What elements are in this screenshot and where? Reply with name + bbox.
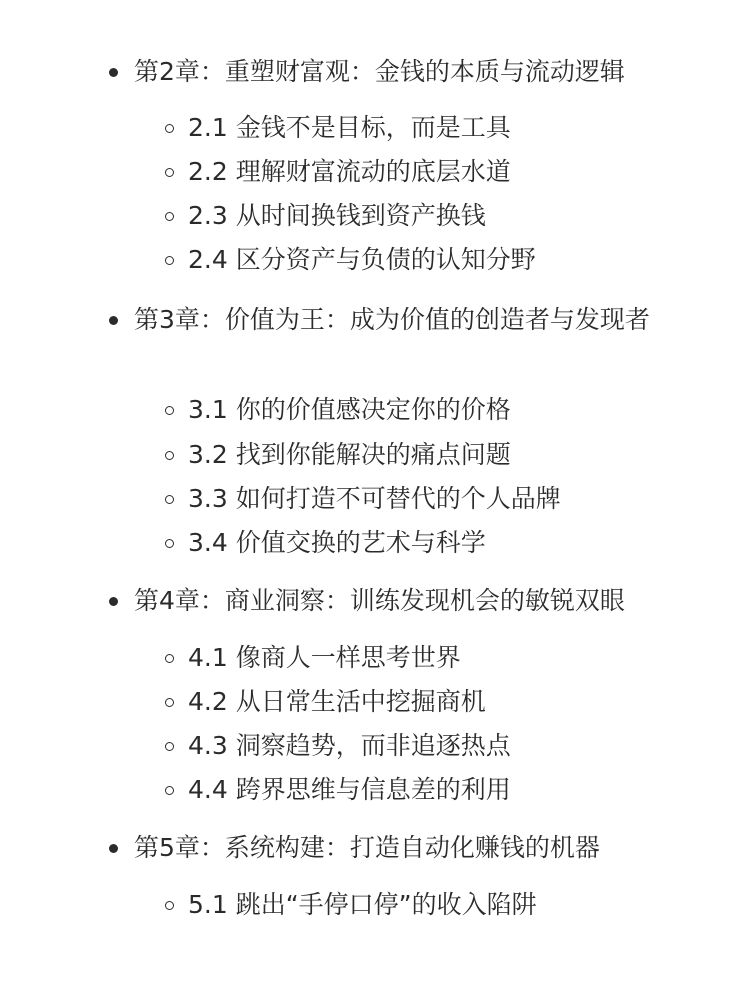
- section-item: 3.4 价值交换的艺术与科学: [188, 526, 668, 560]
- circle-bullet-icon: [165, 212, 174, 221]
- section-item: 3.2 找到你能解决的痛点问题: [188, 438, 668, 472]
- bullet-icon: [109, 68, 118, 77]
- section-item: 2.2 理解财富流动的底层水道: [188, 155, 668, 189]
- section-title: 4.3 洞察趋势，而非追逐热点: [188, 731, 511, 760]
- section-item: 5.1 跳出“手停口停”的收入陷阱: [188, 888, 668, 922]
- circle-bullet-icon: [165, 406, 174, 415]
- section-title: 3.3 如何打造不可替代的个人品牌: [188, 484, 561, 513]
- chapter-item: 第2章：重塑财富观：金钱的本质与流动逻辑: [134, 55, 664, 89]
- circle-bullet-icon: [165, 786, 174, 795]
- section-item: 2.4 区分资产与负债的认知分野: [188, 243, 668, 277]
- section-item: 4.1 像商人一样思考世界: [188, 641, 668, 675]
- section-title: 3.2 找到你能解决的痛点问题: [188, 440, 511, 469]
- section-title: 2.3 从时间换钱到资产换钱: [188, 201, 486, 230]
- section-item: 3.3 如何打造不可替代的个人品牌: [188, 482, 668, 516]
- chapter-title: 第3章：价值为王：成为价值的创造者与发现者: [134, 305, 650, 334]
- circle-bullet-icon: [165, 168, 174, 177]
- section-item: 4.4 跨界思维与信息差的利用: [188, 773, 668, 807]
- bullet-icon: [109, 844, 118, 853]
- section-title: 4.1 像商人一样思考世界: [188, 643, 461, 672]
- section-title: 2.4 区分资产与负债的认知分野: [188, 245, 536, 274]
- circle-bullet-icon: [165, 451, 174, 460]
- section-item: 3.1 你的价值感决定你的价格: [188, 393, 668, 427]
- section-title: 2.1 金钱不是目标，而是工具: [188, 113, 511, 142]
- chapter-title: 第5章：系统构建：打造自动化赚钱的机器: [134, 833, 600, 862]
- circle-bullet-icon: [165, 256, 174, 265]
- section-item: 2.1 金钱不是目标，而是工具: [188, 111, 668, 145]
- chapter-title: 第2章：重塑财富观：金钱的本质与流动逻辑: [134, 57, 625, 86]
- circle-bullet-icon: [165, 539, 174, 548]
- section-item: 2.3 从时间换钱到资产换钱: [188, 199, 668, 233]
- chapter-title: 第4章：商业洞察：训练发现机会的敏锐双眼: [134, 586, 625, 615]
- chapter-item: 第5章：系统构建：打造自动化赚钱的机器: [134, 831, 664, 865]
- circle-bullet-icon: [165, 654, 174, 663]
- circle-bullet-icon: [165, 742, 174, 751]
- section-item: 4.3 洞察趋势，而非追逐热点: [188, 729, 668, 763]
- section-title: 4.4 跨界思维与信息差的利用: [188, 775, 511, 804]
- bullet-icon: [109, 597, 118, 606]
- section-item: 4.2 从日常生活中挖掘商机: [188, 685, 668, 719]
- outline-document: 第2章：重塑财富观：金钱的本质与流动逻辑 2.1 金钱不是目标，而是工具 2.2…: [0, 0, 750, 1000]
- chapter-item: 第3章：价值为王：成为价值的创造者与发现者: [134, 303, 664, 337]
- circle-bullet-icon: [165, 124, 174, 133]
- circle-bullet-icon: [165, 698, 174, 707]
- section-title: 3.4 价值交换的艺术与科学: [188, 528, 486, 557]
- bullet-icon: [109, 316, 118, 325]
- section-title: 3.1 你的价值感决定你的价格: [188, 395, 511, 424]
- chapter-item: 第4章：商业洞察：训练发现机会的敏锐双眼: [134, 584, 664, 618]
- circle-bullet-icon: [165, 495, 174, 504]
- section-title: 2.2 理解财富流动的底层水道: [188, 157, 511, 186]
- section-title: 5.1 跳出“手停口停”的收入陷阱: [188, 890, 537, 919]
- section-title: 4.2 从日常生活中挖掘商机: [188, 687, 486, 716]
- circle-bullet-icon: [165, 901, 174, 910]
